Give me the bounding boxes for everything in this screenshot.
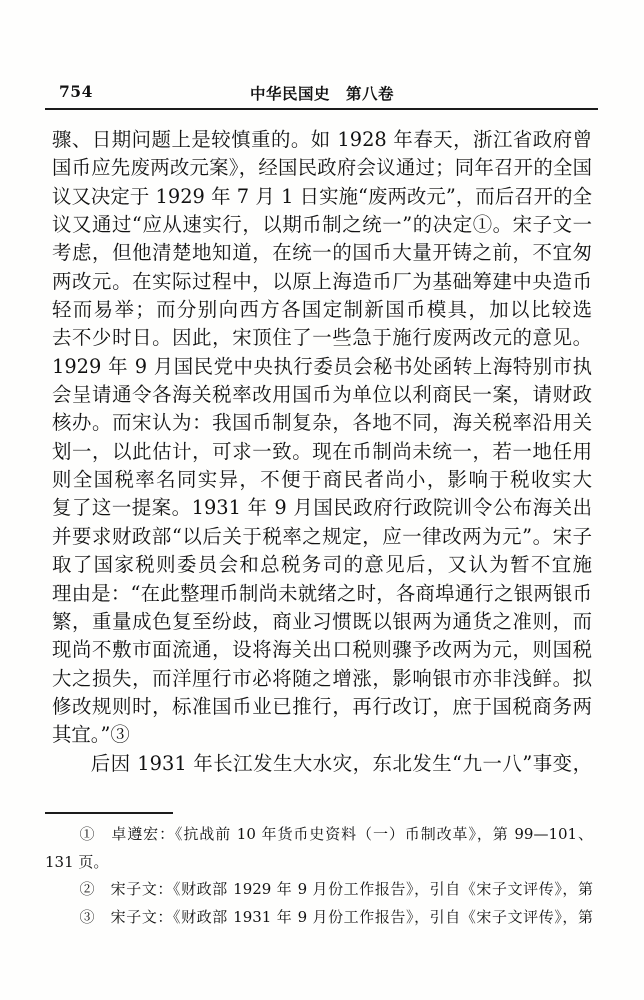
footnote-line: ① 卓遵宏：《抗战前 10 年货币史资料（一）币制改革》，第 99—101、12… bbox=[45, 821, 593, 849]
body-text-line: 划一，以此估计，可求一致。现在币制尚未统一，若一地任用一种货币， bbox=[52, 438, 592, 466]
body-text-line: 繁，重量成色复至纷歧，商业习惯既以银两为通货之准则，而标准国币 bbox=[52, 608, 592, 636]
body-text-line: 并要求财政部“以后关于税率之规定，应一律改两为元”。宋子文在听 bbox=[52, 523, 592, 551]
body-text-line: 去不少时日。因此，宋顶住了一些急于施行废两改元的意见。例如： bbox=[52, 324, 592, 352]
body-text: 骤、日期问题上是较慎重的。如 1928 年春天，浙江省政府曾提出《统一 国币应先… bbox=[52, 126, 592, 778]
body-text-line: 议又通过“应从速实行，以期币制之统一”的决定①。宋子文一度有此 bbox=[52, 211, 592, 239]
body-text-line: 会呈请通令各海关税率改用国币为单位以利商民一案，请财政部查照 bbox=[52, 381, 592, 409]
header-rule bbox=[45, 108, 598, 110]
body-text-line: 则全国税率名同实异，不便于商民者尚小，影响于税收实大②，因此驳 bbox=[52, 466, 592, 494]
footnote-separator bbox=[45, 812, 173, 814]
body-text-line: 两改元。在实际过程中，以原上海造币厂为基础筹建中央造币厂并非 bbox=[52, 268, 592, 296]
body-text-line: 议又决定于 1929 年 7 月 1 日实施“废两改元”，而后召开的全国财政会 bbox=[52, 183, 592, 211]
body-text-line: 大之损失，而洋厘行市必将随之增涨，影响银市亦非浅鲜。拟请俟将来 bbox=[52, 665, 592, 693]
body-text-line: 考虑，但他清楚地知道，在统一的国币大量开铸之前，不宜匆忙宣布废 bbox=[52, 239, 592, 267]
body-text-line: 其宜。”③ bbox=[52, 721, 592, 749]
footnotes: ① 卓遵宏：《抗战前 10 年货币史资料（一）币制改革》，第 99—101、12… bbox=[45, 821, 593, 931]
body-text-line: 取了国家税则委员会和总税务司的意见后，又认为暂不宜施行。他的 bbox=[52, 551, 592, 579]
body-text-line: 1929 年 9 月国民党中央执行委员会秘书处函转上海特别市执行委员 bbox=[52, 353, 592, 381]
body-text-line: 国币应先废两改元案》，经国民政府会议通过；同年召开的全国经济会 bbox=[52, 154, 592, 182]
book-page: 754 中华民国史 第八卷 骤、日期问题上是较慎重的。如 1928 年春天，浙江… bbox=[0, 0, 644, 1000]
body-text-line: 骤、日期问题上是较慎重的。如 1928 年春天，浙江省政府曾提出《统一 bbox=[52, 126, 592, 154]
footnote-line: ③ 宋子文：《财政部 1931 年 9 月份工作报告》，引自《宋子文评传》，第 … bbox=[45, 904, 593, 932]
body-text-line: 复了这一提案。1931 年 9 月国民政府行政院训令公布海关出口税制， bbox=[52, 494, 592, 522]
footnote-line: ② 宋子文：《财政部 1929 年 9 月份工作报告》，引自《宋子文评传》，第 … bbox=[45, 876, 593, 904]
body-text-line: 核办。而宋认为：我国币制复杂，各地不同，海关税率沿用关银，因关银 bbox=[52, 409, 592, 437]
running-head: 754 中华民国史 第八卷 bbox=[46, 82, 598, 104]
book-title: 中华民国史 第八卷 bbox=[46, 82, 598, 104]
footnote-line: 131 页。 bbox=[45, 849, 593, 877]
body-text-line: 现尚不敷市面流通，设将海关出口税则骤予改两为元，则国税难免受重 bbox=[52, 636, 592, 664]
body-text-line: 理由是：“在此整理币制尚未就绪之时，各商埠通行之银两银币名称甚 bbox=[52, 580, 592, 608]
body-text-line: 修改规则时，标准国币业已推行，再行改订，庶于国税商务两得 bbox=[52, 693, 592, 721]
body-text-line: 轻而易举；而分别向西方各国定制新国币模具，加以比较选择，也需花 bbox=[52, 296, 592, 324]
body-text-line: 后因 1931 年长江发生大水灾，东北发生“九一八”事变，全国农工 bbox=[52, 750, 592, 778]
